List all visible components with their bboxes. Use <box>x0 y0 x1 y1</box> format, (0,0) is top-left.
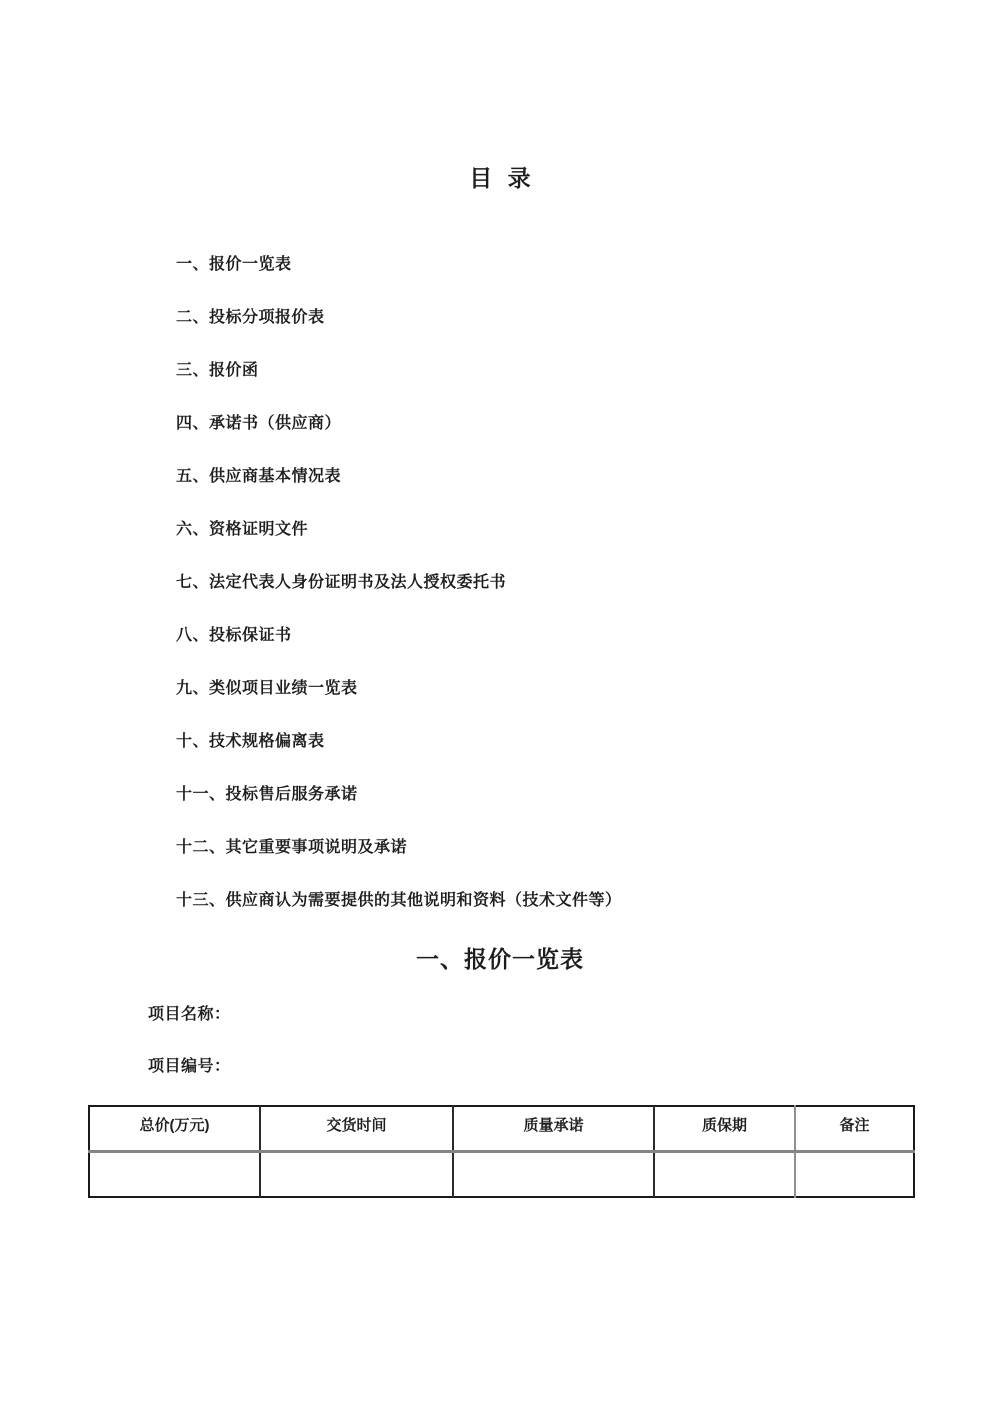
project-name-label: 项目名称： <box>148 1001 231 1024</box>
toc-item-3: 三、报价函 <box>176 342 622 395</box>
toc-item-13: 十三、供应商认为需要提供的其他说明和资料（技术文件等） <box>176 872 622 925</box>
toc-item-7: 七、法定代表人身份证明书及法人授权委托书 <box>176 554 622 607</box>
toc-item-6: 六、资格证明文件 <box>176 501 622 554</box>
section-heading-price-list: 一、报价一览表 <box>0 941 1000 974</box>
toc-item-9: 九、类似项目业绩一览表 <box>176 660 622 713</box>
document-page: 目 录 一、报价一览表 二、投标分项报价表 三、报价函 四、承诺书（供应商） 五… <box>0 0 1000 1415</box>
cell-delivery-time <box>260 1151 453 1197</box>
toc-list: 一、报价一览表 二、投标分项报价表 三、报价函 四、承诺书（供应商） 五、供应商… <box>176 236 622 925</box>
cell-total-price <box>89 1151 260 1197</box>
cell-quality-pledge <box>453 1151 654 1197</box>
header-delivery-time: 交货时间 <box>260 1106 453 1151</box>
toc-item-10: 十、技术规格偏离表 <box>176 713 622 766</box>
table-header-row: 总价(万元) 交货时间 质量承诺 质保期 备注 <box>89 1106 914 1151</box>
toc-item-2: 二、投标分项报价表 <box>176 289 622 342</box>
table-row <box>89 1151 914 1197</box>
header-total-price: 总价(万元) <box>89 1106 260 1151</box>
toc-item-4: 四、承诺书（供应商） <box>176 395 622 448</box>
toc-item-11: 十一、投标售后服务承诺 <box>176 766 622 819</box>
header-remarks: 备注 <box>795 1106 914 1151</box>
price-list-table: 总价(万元) 交货时间 质量承诺 质保期 备注 <box>88 1105 915 1198</box>
toc-item-8: 八、投标保证书 <box>176 607 622 660</box>
toc-item-12: 十二、其它重要事项说明及承诺 <box>176 819 622 872</box>
header-warranty: 质保期 <box>654 1106 795 1151</box>
header-quality-pledge: 质量承诺 <box>453 1106 654 1151</box>
project-code-label: 项目编号： <box>148 1053 231 1076</box>
toc-item-1: 一、报价一览表 <box>176 236 622 289</box>
cell-remarks <box>795 1151 914 1197</box>
toc-item-5: 五、供应商基本情况表 <box>176 448 622 501</box>
cell-warranty <box>654 1151 795 1197</box>
toc-title: 目 录 <box>0 160 1000 193</box>
